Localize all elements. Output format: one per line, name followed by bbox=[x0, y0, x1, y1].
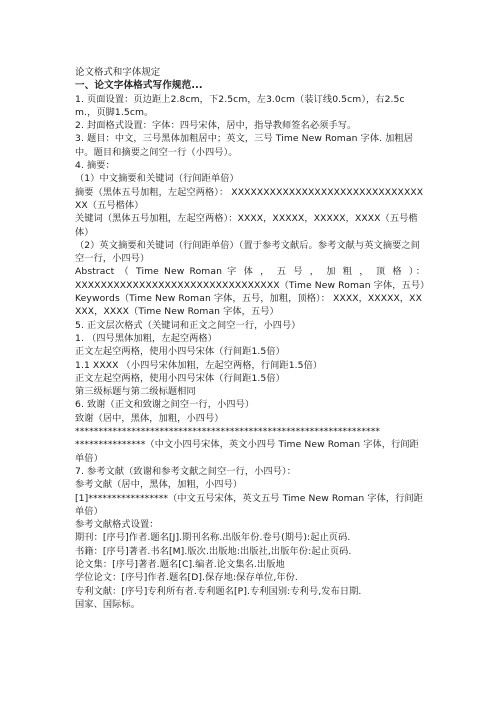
section-heading: 一、论文字体格式写作规范... bbox=[75, 79, 425, 92]
rule-acknowledgement: 6. 致谢（正文和致谢之间空一行，小四号） bbox=[75, 398, 425, 411]
ref-format-standard: 国家、国际标。 bbox=[75, 598, 425, 611]
rule-references-title: 参考文献（居中，黑体，加粗，小四号） bbox=[75, 478, 425, 491]
rule-references: 7. 参考文献（致谢和参考文献之间空一行，小四号）： bbox=[75, 465, 425, 478]
rule-body-levels: 5. 正文层次格式（关键词和正文之间空一行，小四号） bbox=[75, 319, 425, 332]
rule-reference-item: [1]*****************（中文五号宋体，英文五号 Time Ne… bbox=[75, 492, 425, 519]
rule-cover-format: 2. 封面格式设置：字体：四号宋体，居中，指导教师签名必须手写。 bbox=[75, 119, 425, 132]
rule-abstract: 4. 摘要： bbox=[75, 159, 425, 172]
rule-en-abstract-body: XXXXXXXXXXXXXXXXXXXXXXXXXXXXXXXX（Time Ne… bbox=[75, 279, 425, 292]
rule-body-text-1: 正文左起空两格，使用小四号宋体（行间距1.5倍） bbox=[75, 345, 425, 358]
ref-format-thesis: 学位论文：[序号]作者.题名[D].保存地:保存单位,年份. bbox=[75, 571, 425, 584]
ref-format-patent: 专利文献：[序号]专利所有者.专利题名[P].专利国别:专利号,发布日期. bbox=[75, 585, 425, 598]
ref-format-proceedings: 论文集：[序号]著者.题名[C].编者.论文集名.出版地 bbox=[75, 558, 425, 571]
rule-cn-abstract: （1）中文摘要和关键词（行间距单倍） bbox=[75, 172, 425, 185]
rule-cn-abstract-body: 摘要（黑体五号加粗，左起空两格）： XXXXXXXXXXXXXXXXXXXXXX… bbox=[75, 186, 425, 213]
rule-acknowledgement-body: ***************（中文小四号宋体，英文小四号 Time New R… bbox=[75, 438, 425, 465]
rule-acknowledgement-title: 致谢（居中，黑体，加粗，小四号） bbox=[75, 412, 425, 425]
ref-format-journal: 期刊：[序号]作者.题名[J].期刊名称.出版年份.卷号(期号):起止页码. bbox=[75, 531, 425, 544]
rule-en-abstract-label: Abstract （ Time New Roman 字 体 ， 五 号 ， 加 … bbox=[75, 265, 425, 278]
rule-reference-format: 参考文献格式设置： bbox=[75, 518, 425, 531]
rule-body-text-2: 正文左起空两格，使用小四号宋体（行间距1.5倍） bbox=[75, 372, 425, 385]
ref-format-book: 书籍：[序号]著者.书名[M].版次.出版地:出版社,出版年份:起止页码. bbox=[75, 545, 425, 558]
rule-level1: 1. （四号黑体加粗，左起空两格） bbox=[75, 332, 425, 345]
rule-level2: 1.1 XXXX （小四号宋体加粗，左起空两格，行间距1.5倍） bbox=[75, 359, 425, 372]
rule-en-abstract: （2）英文摘要和关键词（行间距单倍）（置于参考文献后。参考文献与英文摘要之间空一… bbox=[75, 239, 425, 266]
rule-title: 3. 题目：中文，三号黑体加粗居中；英文，三号 Time New Roman 字… bbox=[75, 132, 425, 159]
rule-page-setup: 1. 页面设置：页边距上2.8cm，下2.5cm，左3.0cm（装订线0.5cm… bbox=[75, 93, 425, 120]
rule-en-keywords: Keywords（Time New Roman 字体，五号，加粗，顶格）： XX… bbox=[75, 292, 425, 319]
document-page: 论文格式和字体规定 一、论文字体格式写作规范... 1. 页面设置：页边距上2.… bbox=[75, 66, 425, 611]
rule-cn-keywords: 关键词（黑体五号加粗，左起空两格）：XXXX，XXXXX，XXXXX，XXXX（… bbox=[75, 212, 425, 239]
rule-acknowledgement-stars: ****************************************… bbox=[75, 425, 425, 438]
document-title: 论文格式和字体规定 bbox=[75, 66, 425, 79]
rule-level3: 第三级标题与第二级标题相同 bbox=[75, 385, 425, 398]
